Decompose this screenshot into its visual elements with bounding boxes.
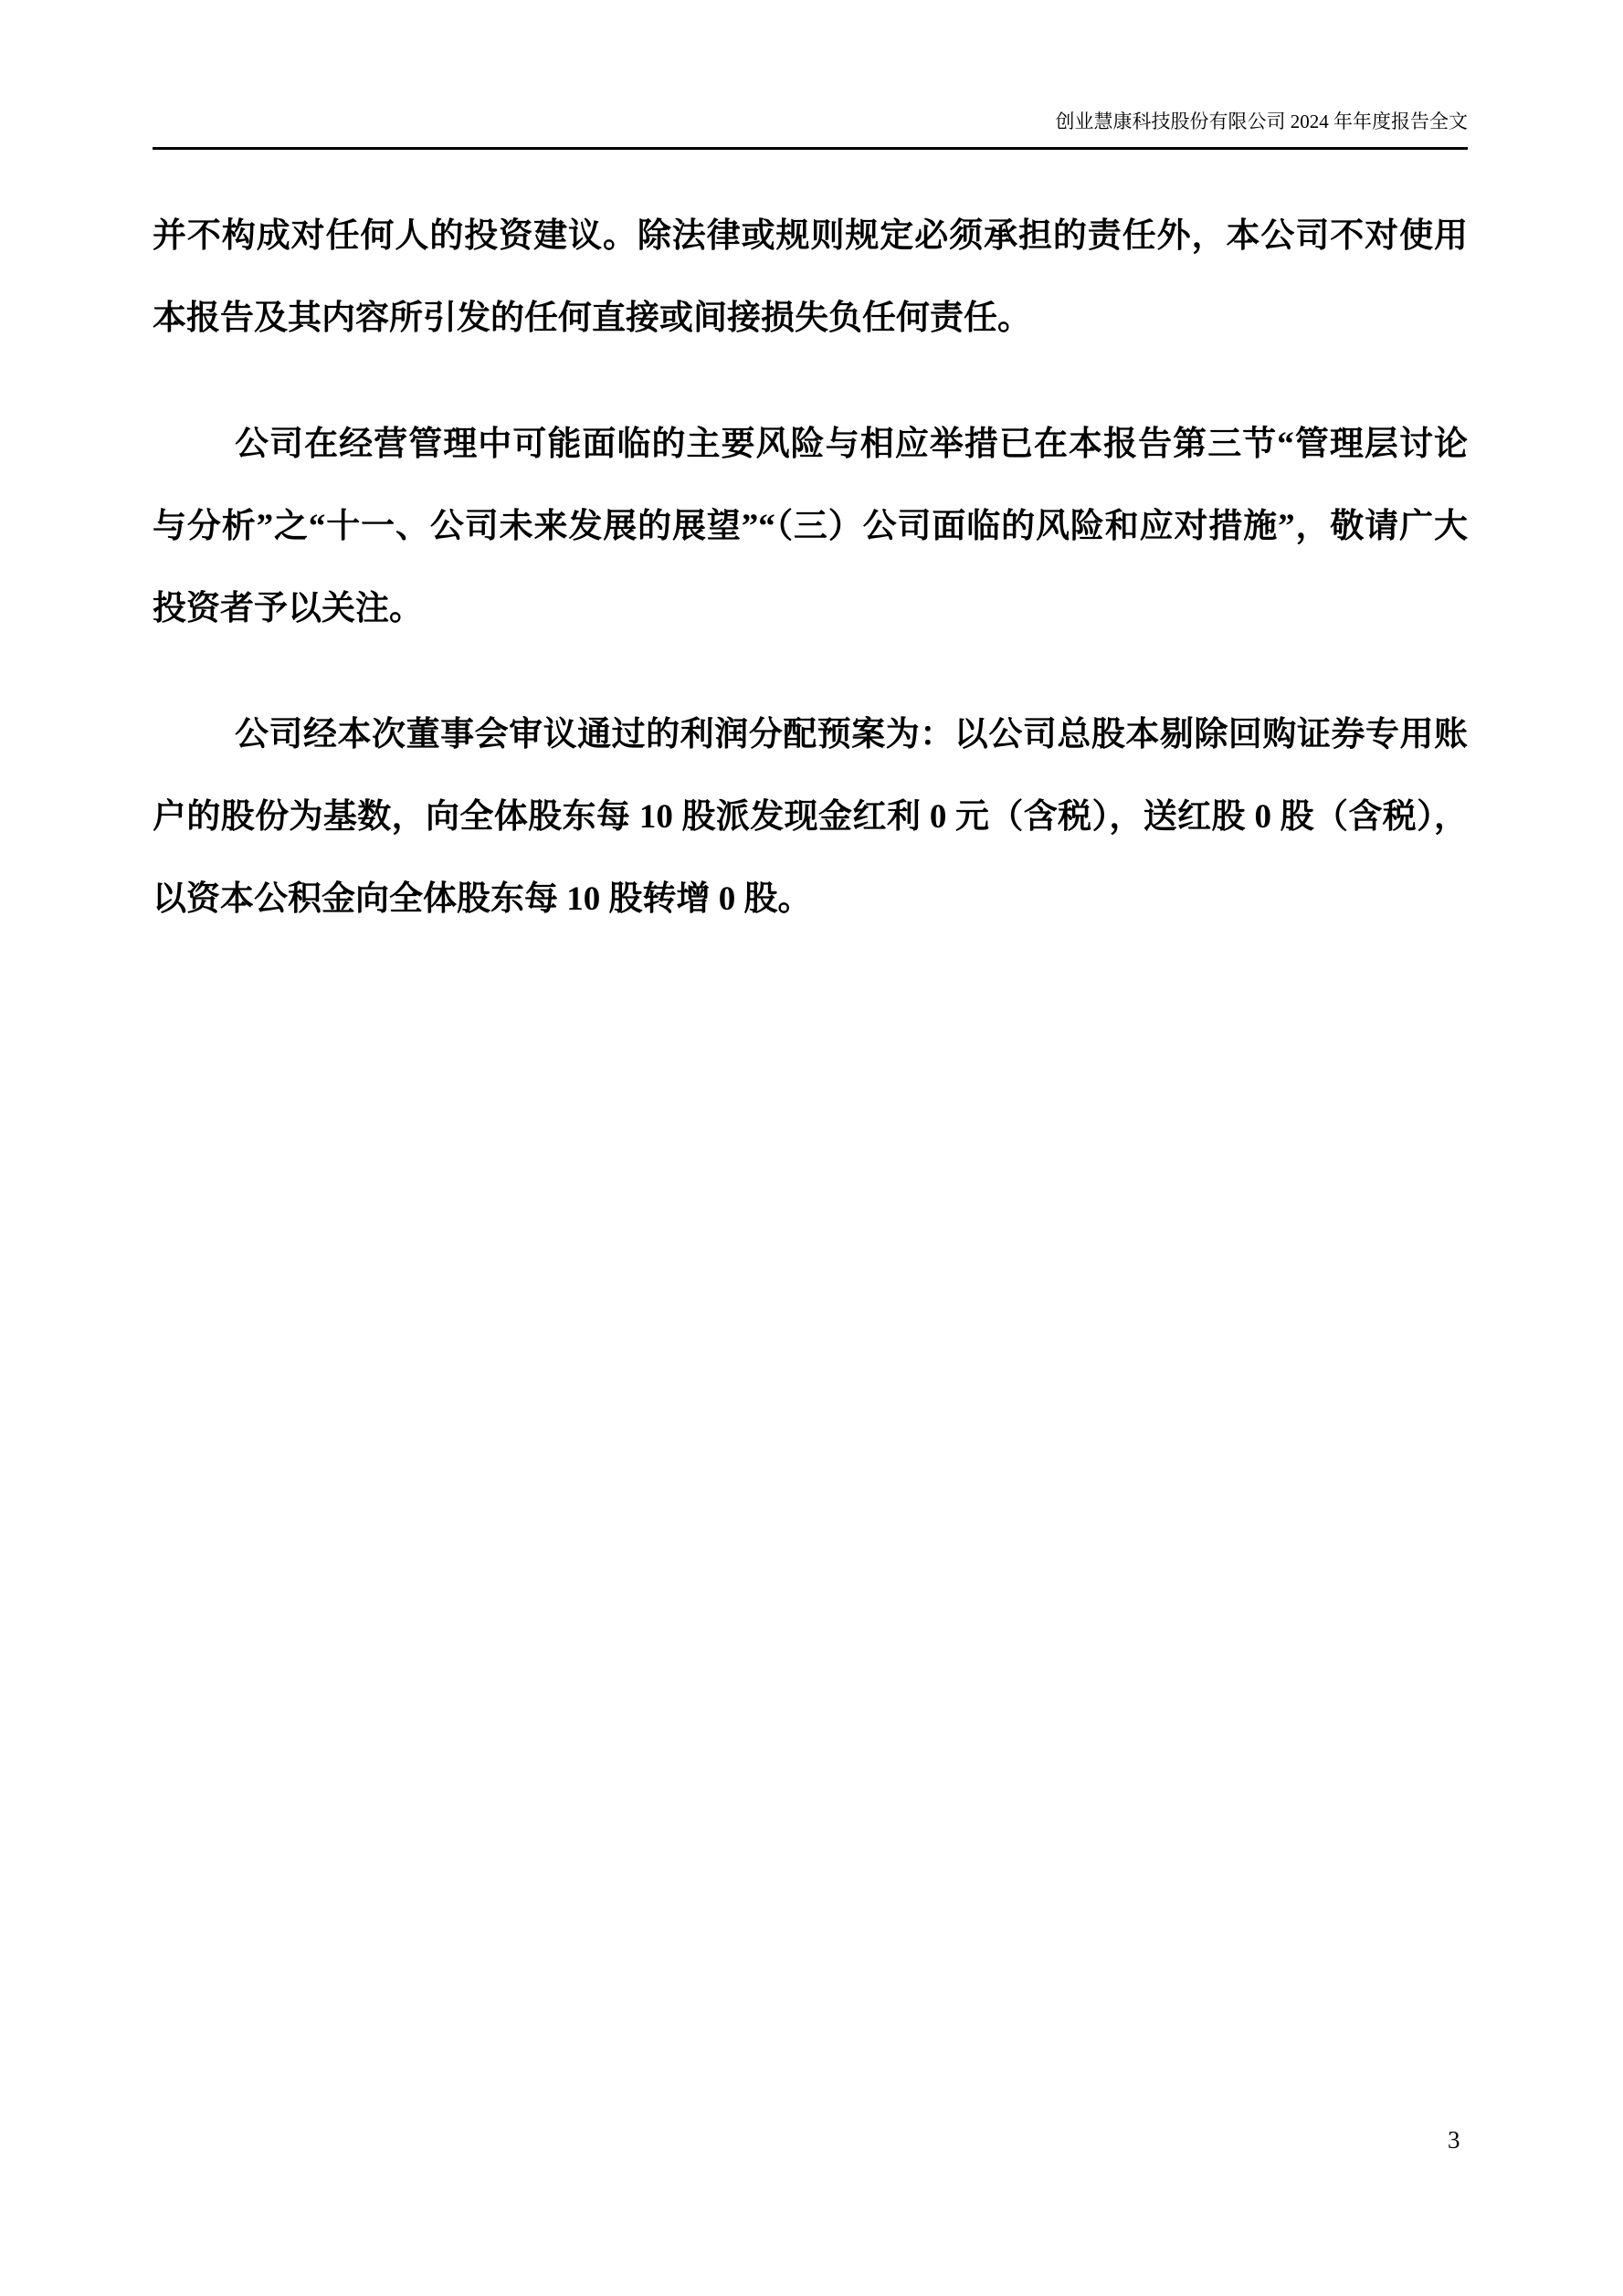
page-number: 3 [1448, 2126, 1460, 2154]
paragraph: 公司在经营管理中可能面临的主要风险与相应举措已在本报告第三节“管理层讨论与分析”… [153, 404, 1468, 650]
header-title: 创业慧康科技股份有限公司 2024 年年度报告全文 [1056, 111, 1469, 133]
document-page: 创业慧康科技股份有限公司 2024 年年度报告全文 并不构成对任何人的投资建议。… [0, 0, 1623, 2296]
page-header: 创业慧康科技股份有限公司 2024 年年度报告全文 [153, 0, 1468, 150]
paragraph: 公司经本次董事会审议通过的利润分配预案为：以公司总股本剔除回购证券专用账户的股份… [153, 694, 1468, 941]
page-footer: 3 [1448, 2126, 1460, 2154]
document-body: 并不构成对任何人的投资建议。除法律或规则规定必须承担的责任外，本公司不对使用本报… [153, 195, 1468, 985]
paragraph: 并不构成对任何人的投资建议。除法律或规则规定必须承担的责任外，本公司不对使用本报… [153, 195, 1468, 360]
